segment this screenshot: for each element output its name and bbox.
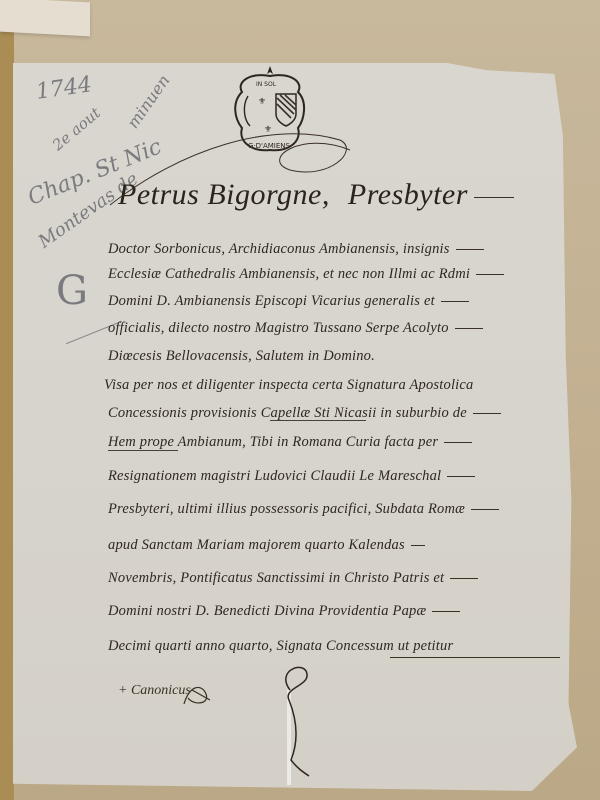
underline-capella	[270, 420, 366, 421]
text-line-2: Ecclesiæ Cathedralis Ambianensis, et nec…	[108, 266, 504, 283]
text-line-4: officialis, dilecto nostro Magistro Tuss…	[108, 320, 483, 337]
text-line-12: Novembris, Pontificatus Sanctissimi in C…	[108, 570, 478, 587]
text-line-10: Presbyteri, ultimi illius possessoris pa…	[108, 501, 499, 518]
text-line-6: Visa per nos et diligenter inspecta cert…	[104, 377, 474, 394]
underline-concessum	[390, 657, 560, 658]
paper-scrap	[0, 0, 90, 36]
text-line-9: Resignationem magistri Ludovici Claudii …	[108, 468, 475, 485]
pencil-letter-g: G	[56, 268, 88, 314]
text-line-1: Doctor Sorbonicus, Archidiaconus Ambiane…	[108, 241, 484, 258]
seal-top-text: IN SOL	[256, 81, 277, 88]
text-line-14: Decimi quarti anno quarto, Signata Conce…	[108, 638, 453, 655]
heading-name: Petrus Bigorgne,	[118, 178, 330, 211]
paraph-icon	[180, 680, 220, 710]
text-line-8: Hem prope Ambianum, Tibi in Romana Curia…	[108, 434, 472, 451]
heading-title: Presbyter	[348, 178, 468, 211]
string-tie	[275, 660, 315, 780]
text-line-3: Domini D. Ambianensis Episcopi Vicarius …	[108, 293, 469, 310]
document-heading: Petrus Bigorgne, Presbyter	[118, 178, 514, 212]
fleur-de-lis-icon: ⚜	[258, 97, 266, 107]
text-line-11: apud Sanctam Mariam majorem quarto Kalen…	[108, 537, 425, 554]
background-edge	[0, 0, 14, 800]
underline-hem	[108, 450, 178, 451]
text-line-5: Diœcesis Bellovacensis, Salutem in Domin…	[108, 348, 375, 365]
text-line-13: Domini nostri D. Benedicti Divina Provid…	[108, 603, 460, 620]
